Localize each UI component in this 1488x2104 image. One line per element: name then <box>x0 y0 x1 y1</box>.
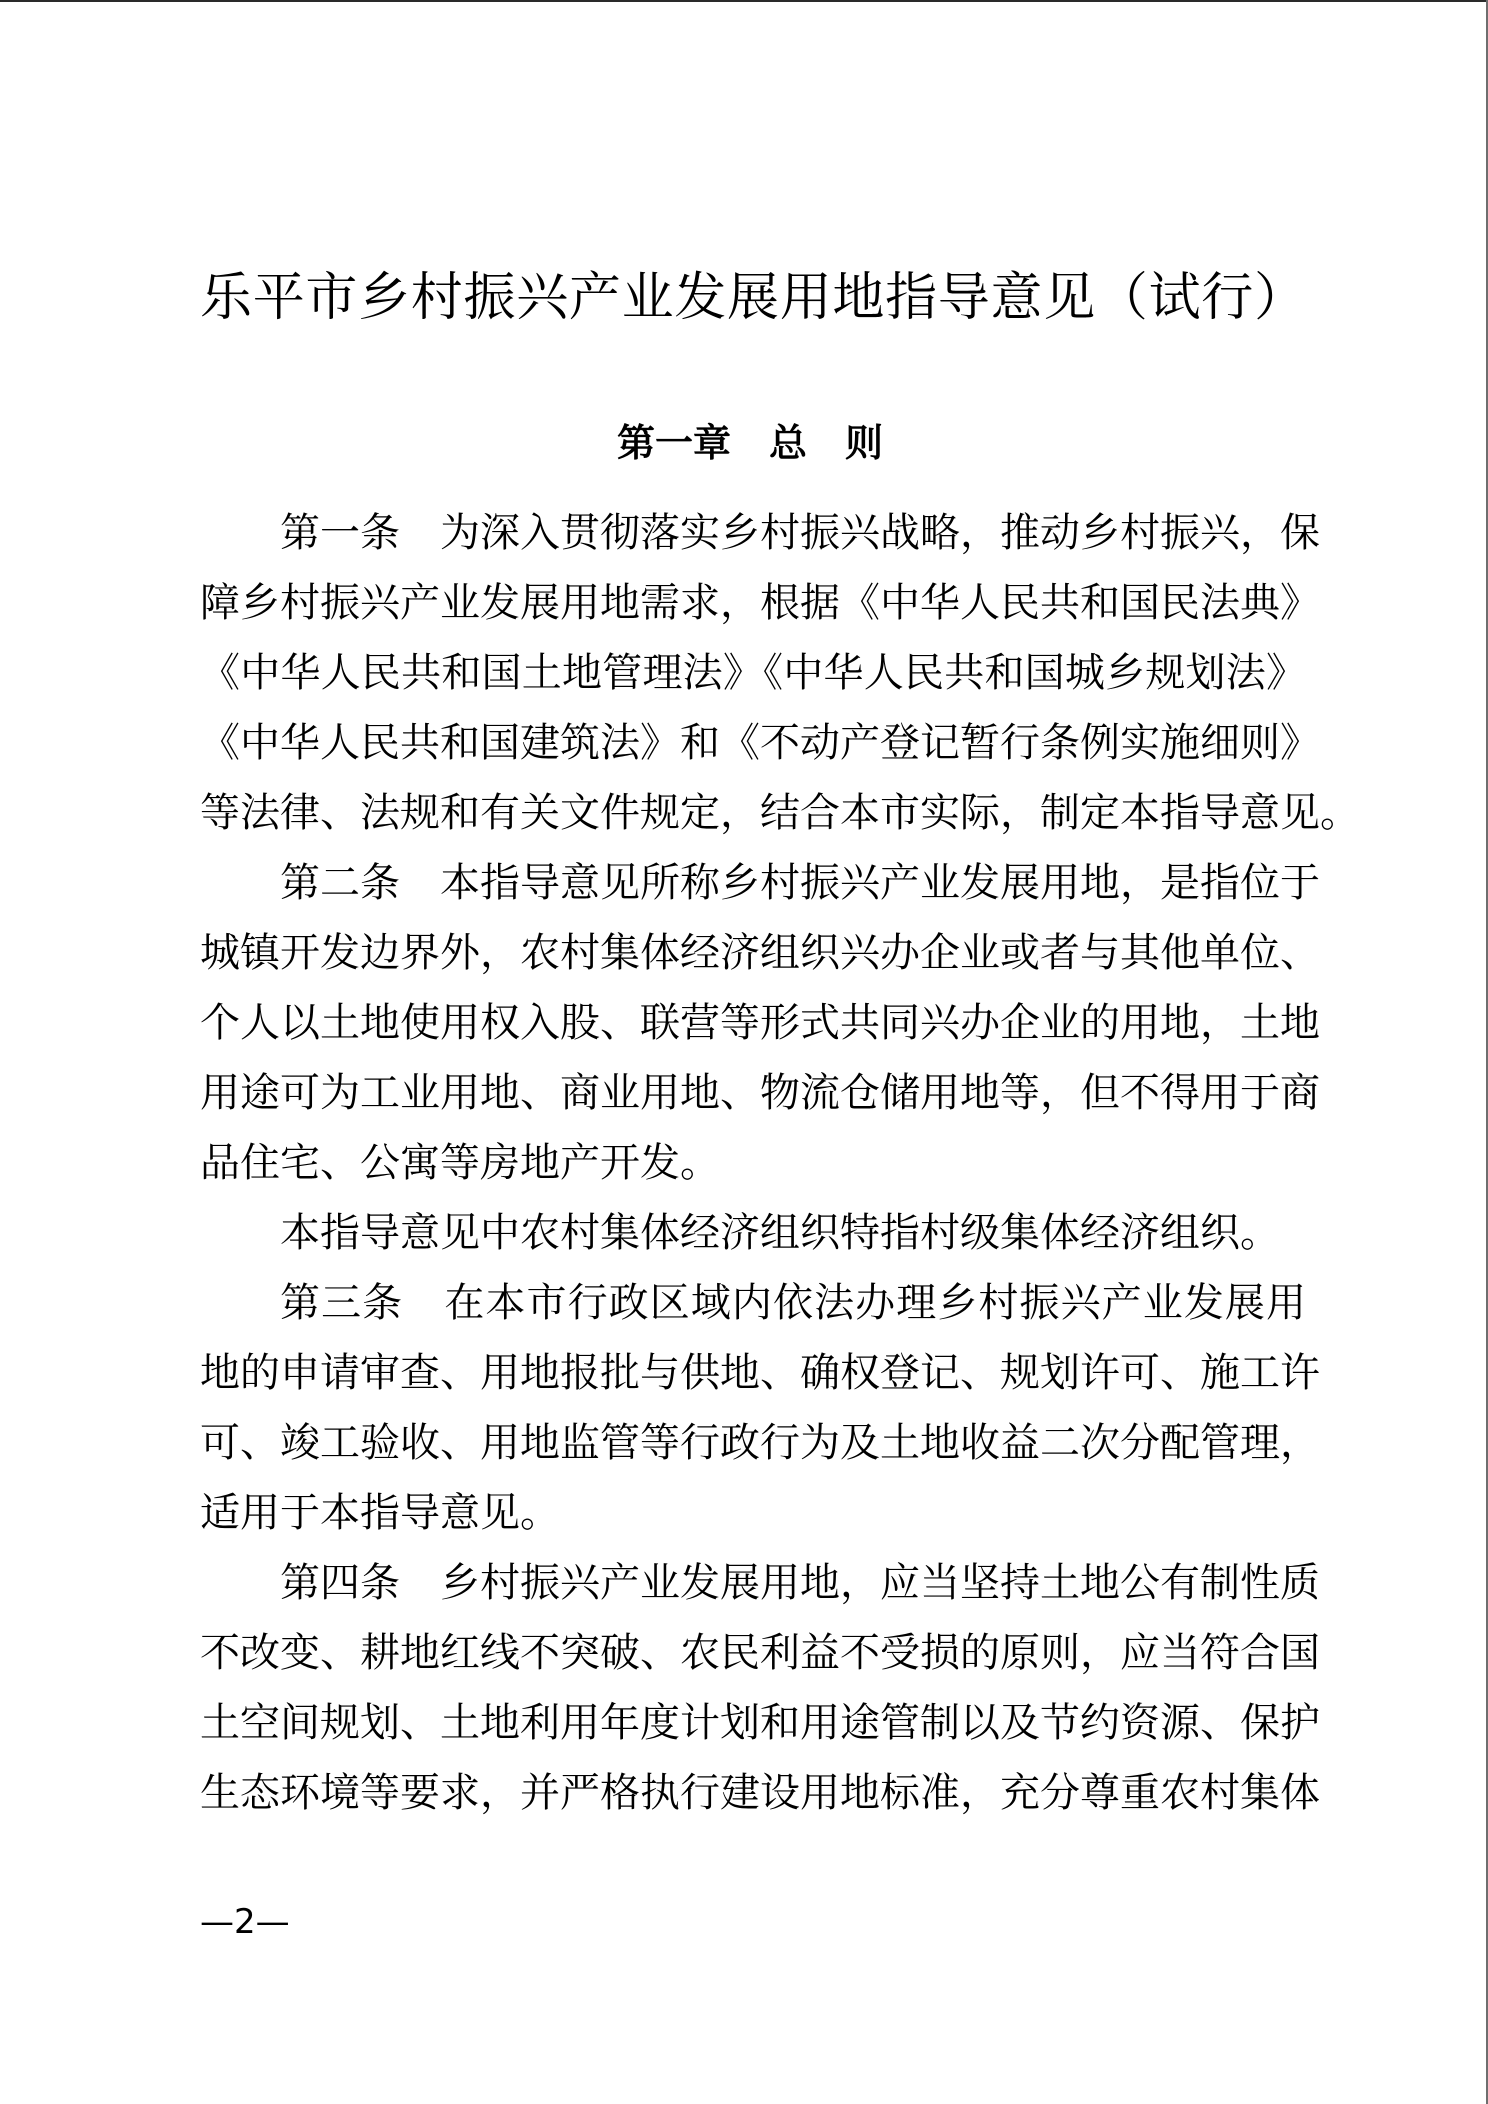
document-page: 乐平市乡村振兴产业发展用地指导意见（试行） 第一章 总 则 第一条 为深入贯彻落… <box>0 0 1488 2104</box>
text-line: 第三条 在本市行政区域内依法办理乡村振兴产业发展用 <box>200 1268 1306 1338</box>
article-1: 第一条 为深入贯彻落实乡村振兴战略，推动乡村振兴，保 障乡村振兴产业发展用地需求… <box>200 498 1306 848</box>
text-line: 《中华人民共和国土地管理法》《中华人民共和国城乡规划法》 <box>200 638 1306 708</box>
article-2-note: 本指导意见中农村集体经济组织特指村级集体经济组织。 <box>200 1198 1306 1268</box>
document-title: 乐平市乡村振兴产业发展用地指导意见（试行） <box>200 266 1306 330</box>
article-2: 第二条 本指导意见所称乡村振兴产业发展用地，是指位于 城镇开发边界外，农村集体经… <box>200 848 1306 1198</box>
text-line: 不改变、耕地红线不突破、农民利益不受损的原则，应当符合国 <box>200 1618 1306 1688</box>
article-3: 第三条 在本市行政区域内依法办理乡村振兴产业发展用 地的申请审查、用地报批与供地… <box>200 1268 1306 1548</box>
page-number: —2— <box>200 1902 290 1942</box>
text-line: 第一条 为深入贯彻落实乡村振兴战略，推动乡村振兴，保 <box>200 498 1306 568</box>
text-line: 土空间规划、土地利用年度计划和用途管制以及节约资源、保护 <box>200 1688 1306 1758</box>
text-line: 障乡村振兴产业发展用地需求，根据《中华人民共和国民法典》 <box>200 568 1306 638</box>
text-line: 品住宅、公寓等房地产开发。 <box>200 1128 1306 1198</box>
article-4: 第四条 乡村振兴产业发展用地，应当坚持土地公有制性质 不改变、耕地红线不突破、农… <box>200 1548 1306 1828</box>
text-line: 生态环境等要求，并严格执行建设用地标准，充分尊重农村集体 <box>200 1758 1306 1828</box>
text-line: 《中华人民共和国建筑法》和《不动产登记暂行条例实施细则》 <box>200 708 1306 778</box>
text-line: 等法律、法规和有关文件规定，结合本市实际，制定本指导意见。 <box>200 778 1306 848</box>
text-line: 用途可为工业用地、商业用地、物流仓储用地等，但不得用于商 <box>200 1058 1306 1128</box>
text-line: 第二条 本指导意见所称乡村振兴产业发展用地，是指位于 <box>200 848 1306 918</box>
text-line: 本指导意见中农村集体经济组织特指村级集体经济组织。 <box>200 1198 1306 1268</box>
text-line: 可、竣工验收、用地监管等行政行为及土地收益二次分配管理， <box>200 1408 1306 1478</box>
document-body: 第一条 为深入贯彻落实乡村振兴战略，推动乡村振兴，保 障乡村振兴产业发展用地需求… <box>200 498 1306 1828</box>
text-line: 地的申请审查、用地报批与供地、确权登记、规划许可、施工许 <box>200 1338 1306 1408</box>
text-line: 适用于本指导意见。 <box>200 1478 1306 1548</box>
text-line: 城镇开发边界外，农村集体经济组织兴办企业或者与其他单位、 <box>200 918 1306 988</box>
text-line: 第四条 乡村振兴产业发展用地，应当坚持土地公有制性质 <box>200 1548 1306 1618</box>
text-line: 个人以土地使用权入股、联营等形式共同兴办企业的用地，土地 <box>200 988 1306 1058</box>
chapter-heading: 第一章 总 则 <box>0 418 1488 468</box>
